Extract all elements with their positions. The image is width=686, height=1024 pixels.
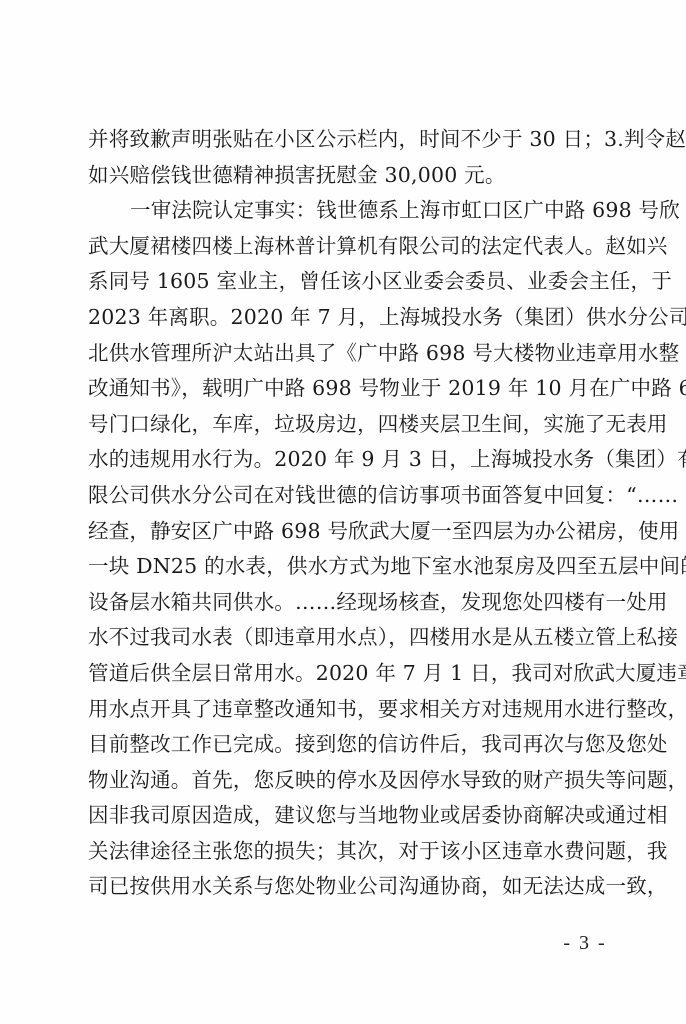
text-line: 水的违规用水行为。2020 年 9 月 3 日，上海城投水务（集团）有 xyxy=(88,442,616,478)
text-line: 物业沟通。首先，您反映的停水及因停水导致的财产损失等问题， xyxy=(88,763,616,799)
text-line: 因非我司原因造成，建议您与当地物业或居委协商解决或通过相 xyxy=(88,798,616,834)
text-line: 武大厦裙楼四楼上海林普计算机有限公司的法定代表人。赵如兴 xyxy=(88,229,616,265)
text-line: 用水点开具了违章整改通知书，要求相关方对违规用水进行整改， xyxy=(88,692,616,728)
text-line: 关法律途径主张您的损失；其次，对于该小区违章水费问题，我 xyxy=(88,834,616,870)
text-line: 限公司供水分公司在对钱世德的信访事项书面答复中回复：“…… xyxy=(88,478,616,514)
text-line: 管道后供全层日常用水。2020 年 7 月 1 日，我司对欣武大厦违章 xyxy=(88,656,616,692)
text-line: 号门口绿化，车库，垃圾房边，四楼夹层卫生间，实施了无表用 xyxy=(88,407,616,443)
text-line: 北供水管理所沪太站出具了《广中路 698 号大楼物业违章用水整 xyxy=(88,336,616,372)
text-line: 并将致歉声明张贴在小区公示栏内，时间不少于 30 日；3.判令赵 xyxy=(88,122,616,158)
text-line: 水不过我司水表（即违章用水点），四楼用水是从五楼立管上私接 xyxy=(88,620,616,656)
text-line: 经查，静安区广中路 698 号欣武大厦一至四层为办公裙房，使用 xyxy=(88,514,616,550)
text-line: 一块 DN25 的水表，供水方式为地下室水池泵房及四至五层中间的 xyxy=(88,549,616,585)
page-number: - 3 - xyxy=(540,932,630,955)
text-line: 目前整改工作已完成。接到您的信访件后，我司再次与您及您处 xyxy=(88,727,616,763)
text-line: 如兴赔偿钱世德精神损害抚慰金 30,000 元。 xyxy=(88,158,616,194)
text-line: 司已按供用水关系与您处物业公司沟通协商，如无法达成一致， xyxy=(88,869,616,905)
text-line: 改通知书》，载明广中路 698 号物业于 2019 年 10 月在广中路 698 xyxy=(88,371,616,407)
text-line: 设备层水箱共同供水。……经现场核查，发现您处四楼有一处用 xyxy=(88,585,616,621)
text-line: 2023 年离职。2020 年 7 月，上海城投水务（集团）供水分公司闸 xyxy=(88,300,616,336)
document-body: 并将致歉声明张贴在小区公示栏内，时间不少于 30 日；3.判令赵 如兴赔偿钱世德… xyxy=(88,122,616,905)
text-line: 系同号 1605 室业主，曾任该小区业委会委员、业委会主任，于 xyxy=(88,264,616,300)
document-page: 并将致歉声明张贴在小区公示栏内，时间不少于 30 日；3.判令赵 如兴赔偿钱世德… xyxy=(0,0,686,1024)
text-line: 一审法院认定事实：钱世德系上海市虹口区广中路 698 号欣 xyxy=(88,193,616,229)
